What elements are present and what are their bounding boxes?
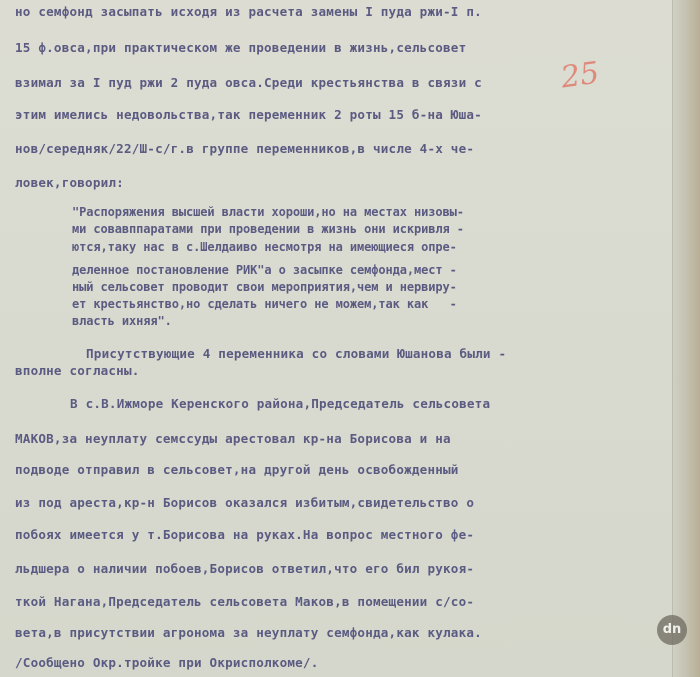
text-line: /Сообщено Окр.тройке при Окрисполкоме/. [15, 655, 319, 670]
text-line: этим имелись недовольства,так переменник… [15, 107, 482, 122]
text-line: подводе отправил в сельсовет,на другой д… [15, 462, 459, 477]
handwritten-page-number: 25 [559, 56, 602, 96]
text-line: ткой Нагана,Председатель сельсовета Мако… [15, 594, 474, 609]
text-line: ловек,говорил: [15, 175, 124, 190]
quote-line: ются,таку нас в с.Шелдаиво несмотря на и… [72, 240, 457, 254]
document-page: но семфонд засыпать исходя из расчета за… [0, 0, 672, 677]
text-line: взимал за I пуд ржи 2 пуда овса.Среди кр… [15, 75, 482, 90]
quote-line: деленное постановление РИК"а о засыпке с… [72, 263, 457, 277]
text-line: вполне согласны. [15, 363, 140, 378]
quote-line: ный сельсовет проводит свои мероприятия,… [72, 280, 457, 294]
quote-line: "Распоряжения высшей власти хороши,но на… [72, 205, 464, 219]
text-line: 15 ф.овса,при практическом же проведении… [15, 40, 466, 55]
text-line: МАКОВ,за неуплату семссуды арестовал кр-… [15, 431, 451, 446]
quote-line: ми совавппаратами при проведении в жизнь… [72, 222, 464, 236]
watermark-logo-icon: dn [657, 615, 687, 645]
text-line: побоях имеется у т.Борисова на руках.На … [15, 527, 474, 542]
text-line: В с.В.Ижморе Керенского района,Председат… [70, 396, 490, 411]
text-line: из под ареста,кр-н Борисов оказался изби… [15, 495, 474, 510]
quote-line: ет крестьянство,но сделать ничего не мож… [72, 297, 457, 311]
text-line: нов/середняк/22/Ш-с/г.в группе переменни… [15, 141, 474, 156]
text-line: вета,в присутствии агронома за неуплату … [15, 625, 482, 640]
text-line: льдшера о наличии побоев,Борисов ответил… [15, 561, 474, 576]
text-line: но семфонд засыпать исходя из расчета за… [15, 4, 482, 19]
page-edge [672, 0, 700, 677]
quote-line: власть ихняя". [72, 314, 172, 328]
text-line: Присутствующие 4 переменника со словами … [86, 346, 506, 361]
